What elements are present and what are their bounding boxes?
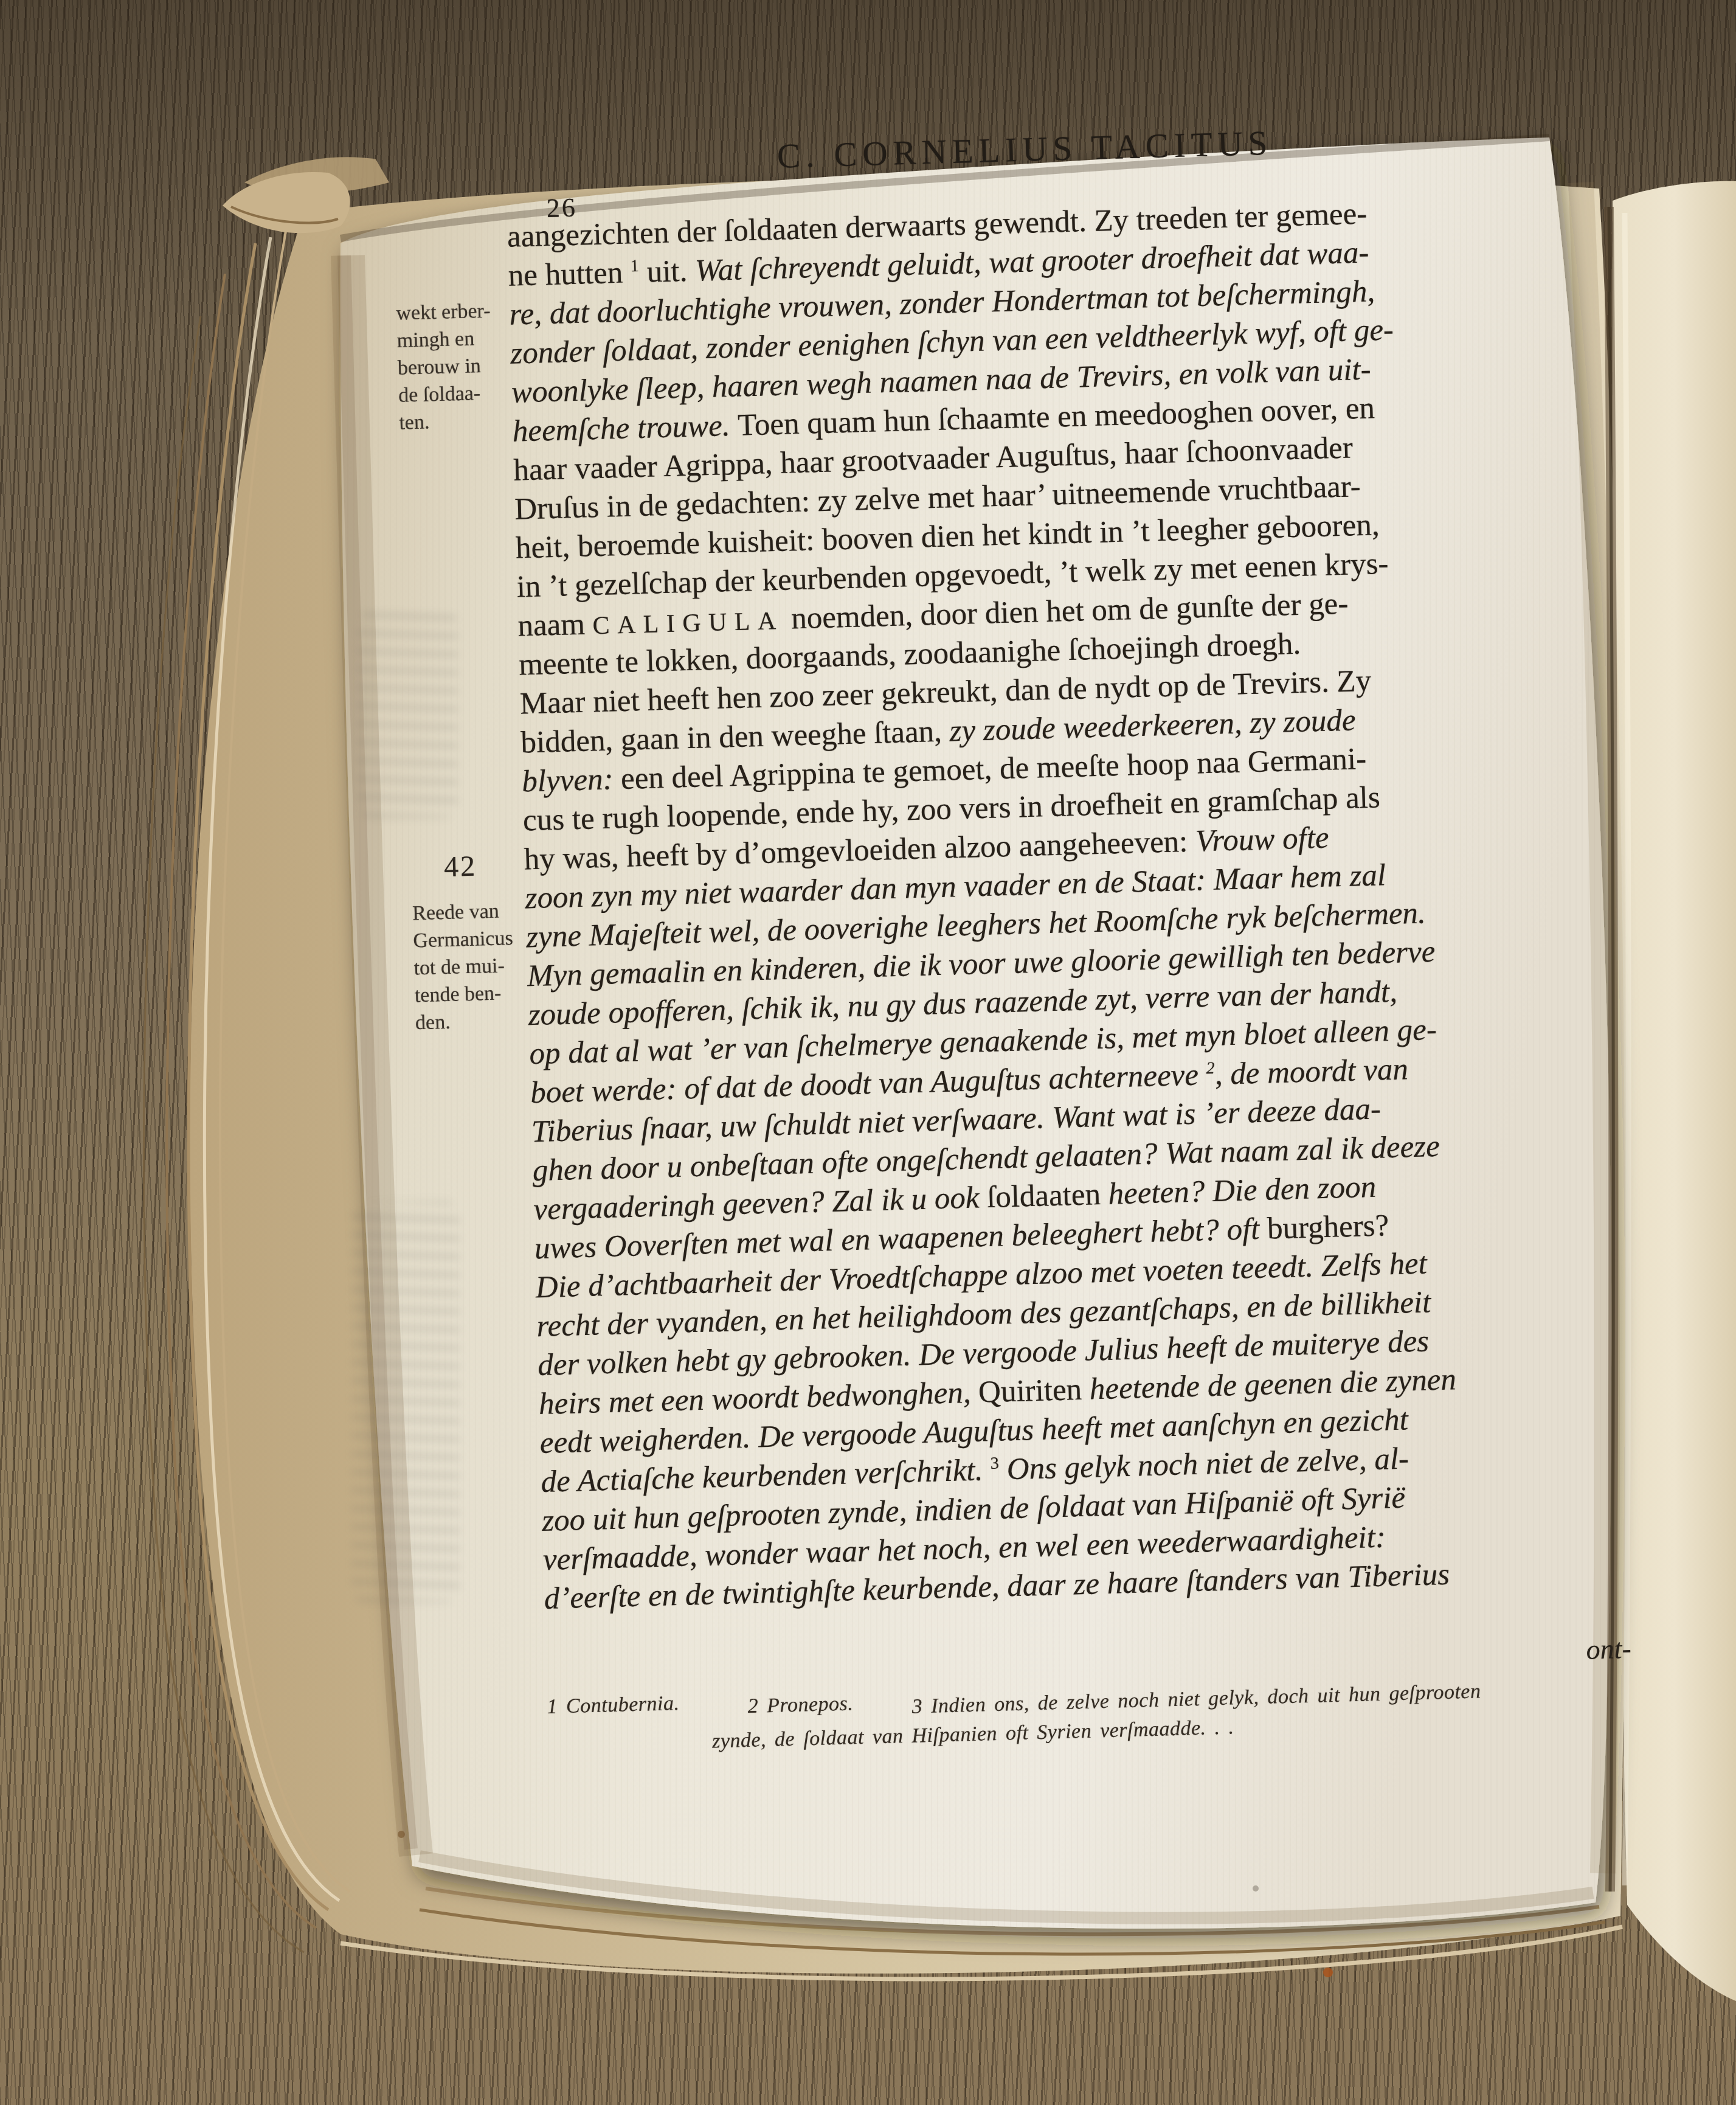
- margin-note-line: Reede van: [412, 897, 524, 928]
- body-text: aangezichten der ſoldaaten derwaarts gew…: [507, 190, 1633, 1620]
- footnote-3: 3 Indien ons, de zelve noch niet gelyk, …: [911, 1680, 1481, 1718]
- foxing-speck: [1323, 1968, 1333, 1977]
- text-segment: Quiriten: [978, 1373, 1082, 1410]
- footnote-marker: 1: [630, 257, 639, 276]
- text-segment: ſoldaaten: [986, 1177, 1101, 1215]
- text-segment: , de moordt van: [1214, 1052, 1409, 1092]
- footnote-marker: 2: [1206, 1059, 1215, 1078]
- text-segment: heeten? Die den zoon: [1100, 1170, 1377, 1212]
- margin-note-summary: wekt erber-mingh enberouw inde ſoldaa-te…: [396, 297, 510, 437]
- margin-note-line: Germanicus: [413, 924, 524, 954]
- margin-note-line: mingh en: [396, 324, 508, 355]
- foxing-speck: [1253, 1885, 1259, 1892]
- margin-note-line: wekt erber-: [396, 297, 507, 327]
- footnote-2: 2 Pronepos.: [747, 1692, 854, 1718]
- text-segment: uit.: [638, 254, 696, 289]
- foxing-speck: [398, 1831, 405, 1838]
- text-segment: burghers?: [1267, 1209, 1389, 1246]
- text-segment: naam: [517, 607, 593, 643]
- text-segment: blyven:: [522, 762, 621, 799]
- margin-note-line: den.: [415, 1006, 526, 1036]
- margin-note-line: tende ben-: [414, 979, 525, 1009]
- margin-note-speech: Reede vanGermanicustot de mui-tende ben-…: [412, 897, 527, 1037]
- section-number: 42: [443, 850, 477, 884]
- text-segment: Caligula: [592, 607, 784, 640]
- text-segment: ne hutten: [508, 255, 631, 293]
- book-photo: 26 C. CORNELIUS TACITUS wekt erber-mingh…: [0, 0, 1736, 2105]
- footnote-marker: 3: [990, 1454, 999, 1473]
- footnote-3-runover: zynde, de ſoldaat van Hiſpanien oft Syri…: [712, 1716, 1234, 1753]
- printed-page-text: 26 C. CORNELIUS TACITUS wekt erber-mingh…: [389, 112, 1657, 1847]
- text-segment: Vrouw ofte: [1195, 821, 1329, 859]
- footnote-1: 1 Contubernia.: [547, 1692, 680, 1719]
- margin-note-line: berouw in: [397, 352, 508, 382]
- margin-note-line: de ſoldaa-: [398, 379, 510, 409]
- margin-note-line: tot de mui-: [413, 951, 525, 982]
- margin-note-line: ten.: [399, 406, 510, 437]
- text-segment: heemſche trouwe.: [512, 409, 738, 449]
